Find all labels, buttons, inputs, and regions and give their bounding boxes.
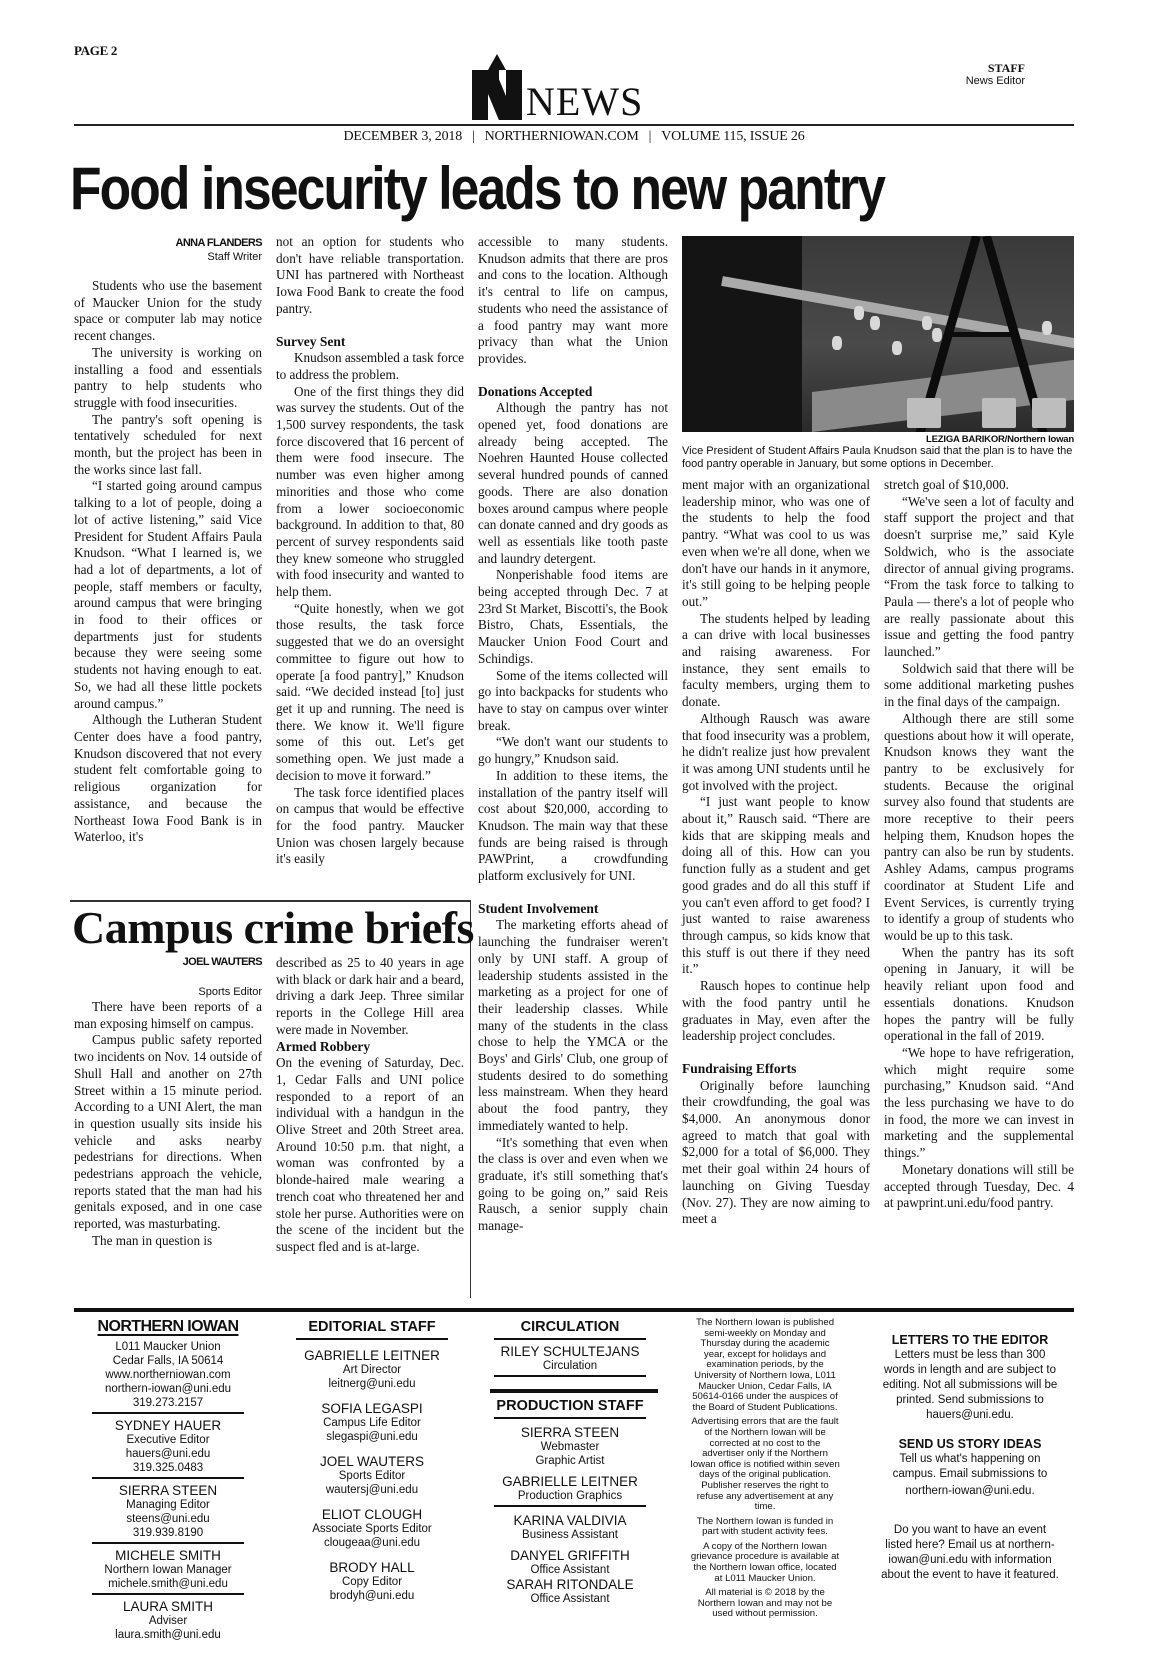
subhead-armed-robbery: Armed Robbery (276, 1039, 464, 1056)
staff-box-rule (74, 1308, 1074, 1312)
staff-email[interactable]: hauers@uni.edu (92, 1447, 244, 1461)
staff-name: KARINA VALDIVIA (490, 1513, 650, 1528)
paragraph: Some of the items collected will go into… (478, 668, 668, 735)
lead-story-column-5: stretch goal of $10,000. “We've seen a l… (884, 477, 1074, 1212)
publication-notice: The Northern Iowan is published semi-wee… (690, 1318, 840, 1413)
paragraph: “We hope to have refrigeration, which mi… (884, 1045, 1074, 1162)
column-divider (470, 900, 471, 1298)
staff-role: Office Assistant (490, 1592, 650, 1606)
masthead-contacts: NORTHERN IOWAN L011 Maucker Union Cedar … (92, 1318, 244, 1642)
subhead-donations-accepted: Donations Accepted (478, 384, 668, 401)
staff-name: DANYEL GRIFFITH (490, 1548, 650, 1563)
story-ideas-title: SEND US STORY IDEAS (880, 1437, 1060, 1452)
staff-name: GABRIELLE LEITNER (292, 1348, 452, 1363)
staff-role: Art Director (292, 1363, 452, 1377)
staff-tag: STAFF News Editor (925, 62, 1025, 88)
paragraph: On the evening of Saturday, Dec. 1, Ceda… (276, 1055, 464, 1255)
staff-tag-label: STAFF (925, 62, 1025, 75)
author-role: Staff Writer (74, 250, 262, 264)
staff-role: Adviser (92, 1614, 244, 1628)
paragraph: The marketing efforts ahead of launching… (478, 917, 668, 1134)
masthead-rule (74, 124, 1074, 126)
paragraph: Although there are still some questions … (884, 711, 1074, 945)
author-role: Sports Editor (74, 985, 262, 999)
section-masthead: NEWS (472, 50, 643, 120)
lead-story-column-4: ment major with an organizational leader… (682, 477, 870, 1228)
letters-text: Letters must be less than 300 words in l… (880, 1348, 1060, 1423)
letters-title: LETTERS TO THE EDITOR (880, 1333, 1060, 1348)
paper-name: NORTHERN IOWAN (92, 1318, 244, 1336)
crime-briefs-headline: Campus crime briefs (72, 903, 474, 953)
paragraph: Knudson assembled a task force to addres… (276, 350, 464, 383)
photo-caption: Vice President of Student Affairs Paula … (682, 445, 1078, 471)
staff-role: Office Assistant (490, 1563, 650, 1577)
publication-fine-print: The Northern Iowan is published semi-wee… (690, 1318, 840, 1624)
paragraph: Although the Lutheran Student Center doe… (74, 712, 262, 846)
events-text: Do you want to have an event listed here… (880, 1523, 1060, 1583)
staff-role: Sports Editor (292, 1469, 452, 1483)
dateline: DECEMBER 3, 2018|NORTHERNIOWAN.COM|VOLUM… (74, 129, 1074, 145)
byline: JOEL WAUTERS Sports Editor (74, 955, 262, 999)
editorial-staff: EDITORIAL STAFF GABRIELLE LEITNER Art Di… (292, 1318, 452, 1603)
staff-email[interactable]: wautersj@uni.edu (292, 1483, 452, 1497)
funding-notice: The Northern Iowan is funded in part wit… (690, 1517, 840, 1538)
staff-email[interactable]: clougeaa@uni.edu (292, 1536, 452, 1550)
paragraph: Soldwich said that there will be some ad… (884, 661, 1074, 711)
paragraph: Originally before launching their crowdf… (682, 1078, 870, 1228)
byline: ANNA FLANDERS Staff Writer (74, 236, 262, 264)
author-name: ANNA FLANDERS (74, 236, 262, 250)
staff-role: Copy Editor (292, 1575, 452, 1589)
author-name: JOEL WAUTERS (74, 955, 262, 969)
staff-role: Campus Life Editor (292, 1416, 452, 1430)
volume-issue: VOLUME 115, ISSUE 26 (661, 129, 804, 144)
staff-name: SIERRA STEEN (490, 1425, 650, 1440)
lead-story-column-1: ANNA FLANDERS Staff Writer Students who … (74, 236, 262, 846)
staff-phone: 319.939.8190 (92, 1526, 244, 1540)
staff-name: MICHELE SMITH (92, 1548, 244, 1563)
section-title: PRODUCTION STAFF (490, 1397, 650, 1415)
advertising-notice: Advertising errors that are the fault of… (690, 1417, 840, 1512)
reader-submissions: LETTERS TO THE EDITOR Letters must be le… (880, 1333, 1060, 1583)
address-line-1: L011 Maucker Union (92, 1340, 244, 1354)
paragraph: not an option for students who don't hav… (276, 234, 464, 318)
circulation-production-staff: CIRCULATION RILEY SCHULTEJANS Circulatio… (490, 1318, 650, 1606)
address-line-2: Cedar Falls, IA 50614 (92, 1354, 244, 1368)
staff-name: LAURA SMITH (92, 1599, 244, 1614)
story-ideas-email[interactable]: northern-iowan@uni.edu. (880, 1484, 1060, 1499)
staff-role: Webmaster (490, 1440, 650, 1454)
paragraph: Although the pantry has not opened yet, … (478, 400, 668, 567)
paragraph: ment major with an organizational leader… (682, 477, 870, 611)
lead-story-column-2: not an option for students who don't hav… (276, 234, 464, 868)
paragraph: There have been reports of a man exposin… (74, 999, 262, 1032)
paragraph: Rausch hopes to continue help with the f… (682, 978, 870, 1045)
paragraph: “I started going around campus talking t… (74, 478, 262, 712)
subhead-student-involvement: Student Involvement (478, 901, 668, 918)
crime-briefs-column-1: JOEL WAUTERS Sports Editor There have be… (74, 955, 262, 1250)
staff-email[interactable]: laura.smith@uni.edu (92, 1628, 244, 1642)
staff-role: Managing Editor (92, 1498, 244, 1512)
email-link[interactable]: northern-iowan@uni.edu (92, 1382, 244, 1396)
crime-briefs-column-2: described as 25 to 40 years in age with … (276, 955, 464, 1256)
phone: 319.273.2157 (92, 1396, 244, 1410)
staff-name: GABRIELLE LEITNER (490, 1474, 650, 1489)
paragraph: “I just want people to know about it,” R… (682, 794, 870, 978)
pantry-construction-photo (682, 236, 1074, 432)
subhead-fundraising-efforts: Fundraising Efforts (682, 1061, 870, 1078)
paragraph: accessible to many students. Knudson adm… (478, 234, 668, 368)
section-title: EDITORIAL STAFF (292, 1318, 452, 1336)
lead-story-column-3: accessible to many students. Knudson adm… (478, 234, 668, 1235)
staff-role: Business Assistant (490, 1528, 650, 1542)
staff-role: Executive Editor (92, 1433, 244, 1447)
section-title: CIRCULATION (490, 1318, 650, 1336)
staff-name: RILEY SCHULTEJANS (490, 1344, 650, 1359)
paragraph: The man in question is (74, 1233, 262, 1250)
staff-name: BRODY HALL (292, 1560, 452, 1575)
staff-role: Circulation (490, 1359, 650, 1373)
staff-email[interactable]: leitnerg@uni.edu (292, 1377, 452, 1391)
staff-role: Associate Sports Editor (292, 1522, 452, 1536)
staff-name: SARAH RITONDALE (490, 1577, 650, 1592)
staff-email[interactable]: michele.smith@uni.edu (92, 1577, 244, 1591)
paragraph: described as 25 to 40 years in age with … (276, 955, 464, 1039)
paragraph: The pantry's soft opening is tentatively… (74, 412, 262, 479)
website-link[interactable]: www.northerniowan.com (92, 1368, 244, 1382)
staff-name: SOFIA LEGASPI (292, 1401, 452, 1416)
staff-name: SIERRA STEEN (92, 1483, 244, 1498)
paragraph: “Quite honestly, when we got those resul… (276, 601, 464, 785)
paragraph: Nonperishable food items are being accep… (478, 567, 668, 667)
paragraph: One of the first things they did was sur… (276, 384, 464, 601)
paragraph: The university is working on installing … (74, 345, 262, 412)
lead-headline: Food insecurity leads to new pantry (70, 153, 939, 225)
grievance-notice: A copy of the Northern Iowan grievance p… (690, 1542, 840, 1584)
story-ideas-text: Tell us what's happening on campus. Emai… (880, 1452, 1060, 1482)
staff-email[interactable]: steens@uni.edu (92, 1512, 244, 1526)
paragraph: The students helped by leading a can dri… (682, 611, 870, 711)
paragraph: “We've seen a lot of faculty and staff s… (884, 494, 1074, 661)
staff-email[interactable]: slegaspi@uni.edu (292, 1430, 452, 1444)
paragraph: Monetary donations will still be accepte… (884, 1162, 1074, 1212)
staff-name: SYDNEY HAUER (92, 1418, 244, 1433)
paragraph: “We don't want our students to go hungry… (478, 734, 668, 767)
staff-name: ELIOT CLOUGH (292, 1507, 452, 1522)
paragraph: Campus public safety reported two incide… (74, 1032, 262, 1232)
paragraph: Although Rausch was aware that food inse… (682, 711, 870, 795)
paragraph: In addition to these items, the installa… (478, 768, 668, 885)
staff-phone: 319.325.0483 (92, 1461, 244, 1475)
staff-name: JOEL WAUTERS (292, 1454, 452, 1469)
website-link[interactable]: NORTHERNIOWAN.COM (485, 129, 639, 144)
northern-iowan-n-arrow-logo-icon (472, 54, 524, 120)
issue-date: DECEMBER 3, 2018 (343, 129, 462, 144)
paragraph: stretch goal of $10,000. (884, 477, 1074, 494)
copyright-notice: All material is © 2018 by the Northern I… (690, 1588, 840, 1620)
staff-role: Northern Iowan Manager (92, 1563, 244, 1577)
staff-role: Production Graphics (490, 1489, 650, 1503)
paragraph: Students who use the basement of Maucker… (74, 278, 262, 345)
paragraph: The task force identified places on camp… (276, 785, 464, 869)
page-number: PAGE 2 (74, 43, 117, 59)
section-name: NEWS (526, 82, 643, 122)
photo-credit: LEZIGA BARIKOR/Northern Iowan (682, 434, 1074, 445)
paragraph: “It's something that even when the class… (478, 1135, 668, 1235)
staff-email[interactable]: brodyh@uni.edu (292, 1589, 452, 1603)
staff-tag-role: News Editor (925, 75, 1025, 88)
paragraph: When the pantry has its soft opening in … (884, 945, 1074, 1045)
staff-role: Graphic Artist (490, 1454, 650, 1468)
subhead-survey-sent: Survey Sent (276, 334, 464, 351)
